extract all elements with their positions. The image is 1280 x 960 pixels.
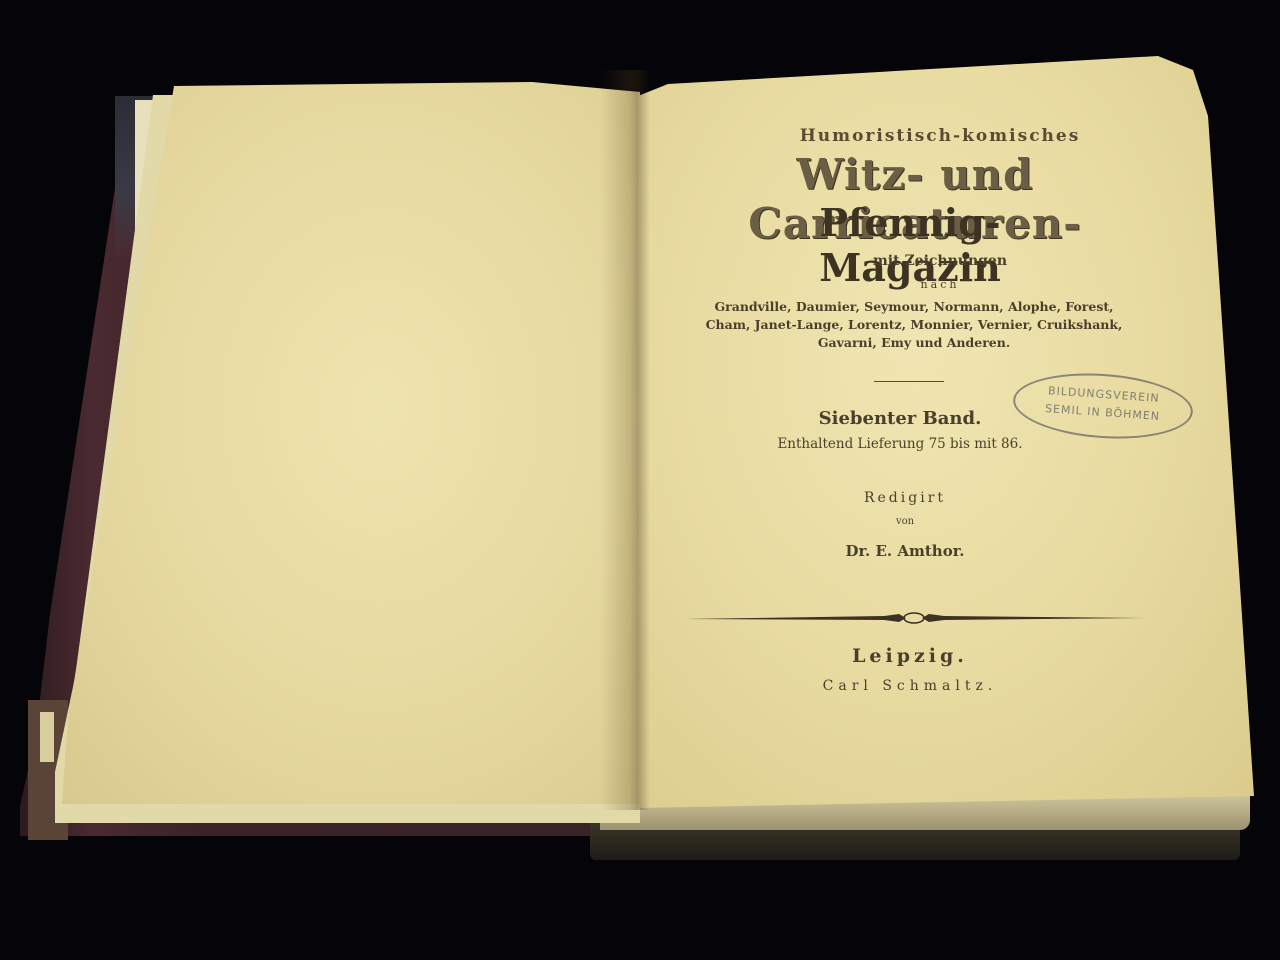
by-label: von	[820, 516, 990, 527]
editor-name: Dr. E. Amthor.	[820, 542, 990, 560]
divider-rule	[874, 381, 944, 382]
artists-line-1: Grandville, Daumier, Seymour, Normann, A…	[688, 298, 1140, 316]
with-drawings-text: mit Zeichnungen	[660, 253, 1220, 269]
contents-label: Enthaltend Lieferung 75 bis mit 86.	[770, 436, 1030, 452]
volume-label: Siebenter Band.	[780, 408, 1020, 429]
title-subtitle: Humoristisch-komisches	[660, 126, 1220, 146]
artists-line-2: Cham, Janet-Lange, Lorentz, Monnier, Ver…	[688, 316, 1140, 334]
gutter-shadow	[600, 70, 650, 810]
title-main-line2: Pfennig-Magazin	[760, 200, 1060, 290]
publication-city: Leipzig.	[780, 645, 1040, 667]
ornament-rule-icon	[684, 612, 1144, 624]
publisher-name: Carl Schmaltz.	[780, 678, 1040, 694]
artists-list: Grandville, Daumier, Seymour, Normann, A…	[688, 298, 1140, 352]
after-text: nach	[660, 278, 1220, 291]
edited-label: Redigirt	[820, 490, 990, 506]
artists-line-3: Gavarni, Emy und Anderen.	[688, 334, 1140, 352]
spine-tear	[40, 712, 54, 762]
